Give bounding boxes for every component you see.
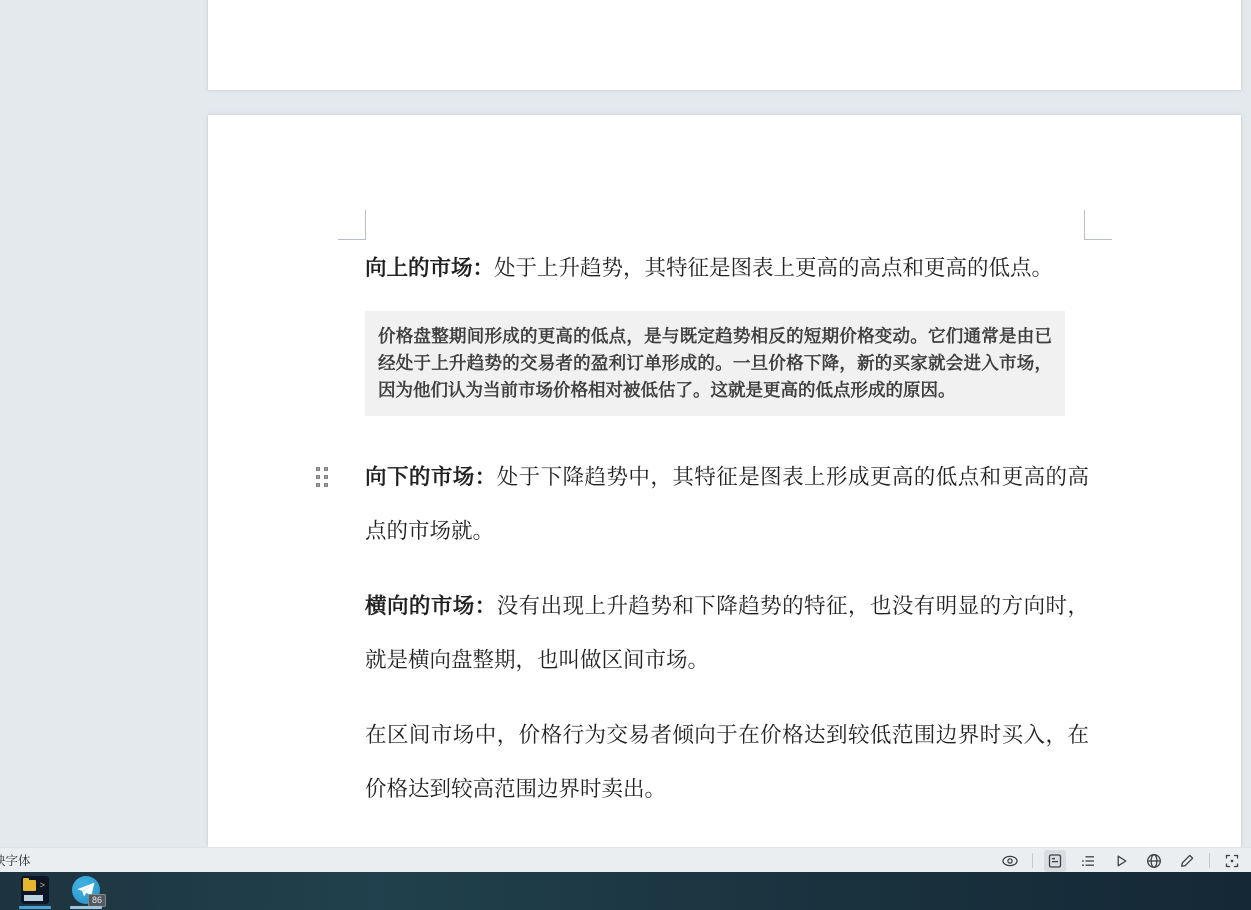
taskbar: > 86 bbox=[0, 872, 1251, 910]
fit-screen-icon[interactable] bbox=[1221, 850, 1243, 872]
status-bar-tools bbox=[999, 848, 1243, 873]
status-separator bbox=[1032, 853, 1033, 868]
paragraph-sideways-market[interactable]: 横向的市场：没有出现上升趋势和下降趋势的特征，也没有明显的方向时，就是横向盘整期… bbox=[365, 579, 1089, 687]
block-drag-handle-icon[interactable] bbox=[316, 467, 328, 487]
preview-eye-icon[interactable] bbox=[999, 850, 1021, 872]
document-canvas: 向上的市场：处于上升趋势，其特征是图表上更高的高点和更高的低点。 价格盘整期间形… bbox=[0, 0, 1251, 910]
margin-crop-mark-right bbox=[1084, 210, 1112, 240]
paragraph-body: 处于上升趋势，其特征是图表上更高的高点和更高的低点。 bbox=[494, 256, 1053, 280]
pen-edit-icon[interactable] bbox=[1176, 850, 1198, 872]
paragraph-lead: 向上的市场： bbox=[365, 256, 494, 280]
paragraph-range-market[interactable]: 在区间市场中，价格行为交易者倾向于在价格达到较低范围边界时买入，在价格达到较高范… bbox=[365, 708, 1089, 816]
paragraph-lead: 向下的市场： bbox=[365, 465, 497, 489]
paragraph-body: 在区间市场中，价格行为交易者倾向于在价格达到较低范围边界时买入，在价格达到较高范… bbox=[365, 723, 1089, 801]
document-page-current[interactable]: 向上的市场：处于上升趋势，其特征是图表上更高的高点和更高的低点。 价格盘整期间形… bbox=[208, 115, 1241, 847]
web-globe-icon[interactable] bbox=[1143, 850, 1165, 872]
quote-block[interactable]: 价格盘整期间形成的更高的低点，是与既定趋势相反的短期价格变动。它们通常是由已经处… bbox=[365, 311, 1065, 416]
play-icon[interactable] bbox=[1110, 850, 1132, 872]
status-separator bbox=[1209, 853, 1210, 868]
page-view-icon[interactable] bbox=[1044, 850, 1066, 872]
taskbar-terminal-file-app-icon[interactable]: > bbox=[21, 876, 49, 904]
terminal-file-app-icon: > bbox=[21, 876, 49, 904]
status-bar: 缺字体 bbox=[0, 847, 1251, 872]
running-indicator bbox=[70, 906, 102, 909]
missing-font-status-text: 缺字体 bbox=[0, 851, 31, 869]
taskbar-telegram-icon[interactable]: 86 bbox=[72, 876, 100, 904]
paragraph-down-market[interactable]: 向下的市场：处于下降趋势中，其特征是图表上形成更高的低点和更高的高点的市场就。 bbox=[365, 450, 1089, 558]
paragraph-lead: 横向的市场： bbox=[365, 594, 497, 618]
running-indicator bbox=[19, 906, 51, 909]
document-page-previous[interactable] bbox=[208, 0, 1241, 90]
paragraph-up-market[interactable]: 向上的市场：处于上升趋势，其特征是图表上更高的高点和更高的低点。 bbox=[365, 241, 1089, 295]
outline-list-icon[interactable] bbox=[1077, 850, 1099, 872]
margin-crop-mark-left bbox=[338, 210, 366, 240]
